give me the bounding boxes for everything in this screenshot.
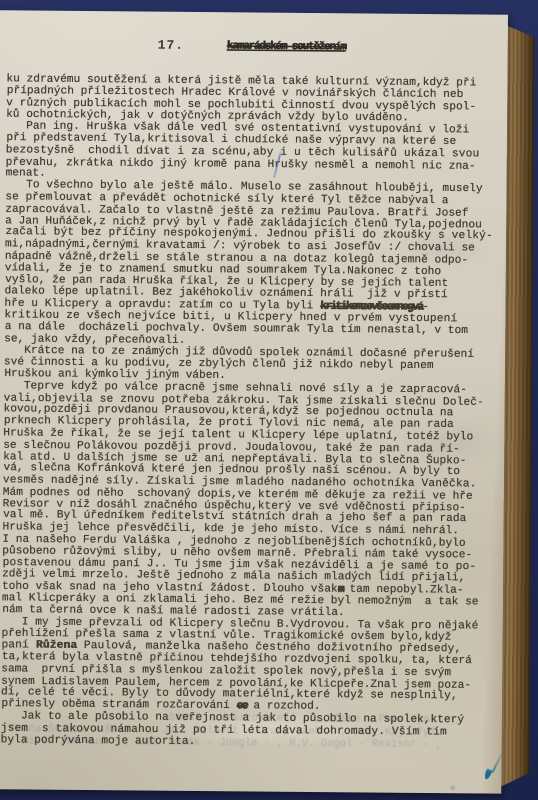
- ink-splash-tail: [491, 752, 503, 773]
- book-photo: 17. kamarádském soutěžením básní - Vzkaz…: [0, 0, 538, 800]
- typewritten-text: ku zdravému soutěžení a která jistě měla…: [1, 74, 494, 751]
- struck-heading: kamarádském soutěžením: [227, 40, 346, 53]
- blue-ink-dot: [449, 784, 456, 791]
- page-header: 17. kamarádském soutěžením: [0, 36, 508, 41]
- page-number: 17.: [158, 38, 185, 53]
- document-page: 17. kamarádském soutěžením básní - Vzkaz…: [0, 10, 508, 793]
- blue-ink-splash: [477, 750, 503, 786]
- ink-splash-drop: [483, 766, 493, 780]
